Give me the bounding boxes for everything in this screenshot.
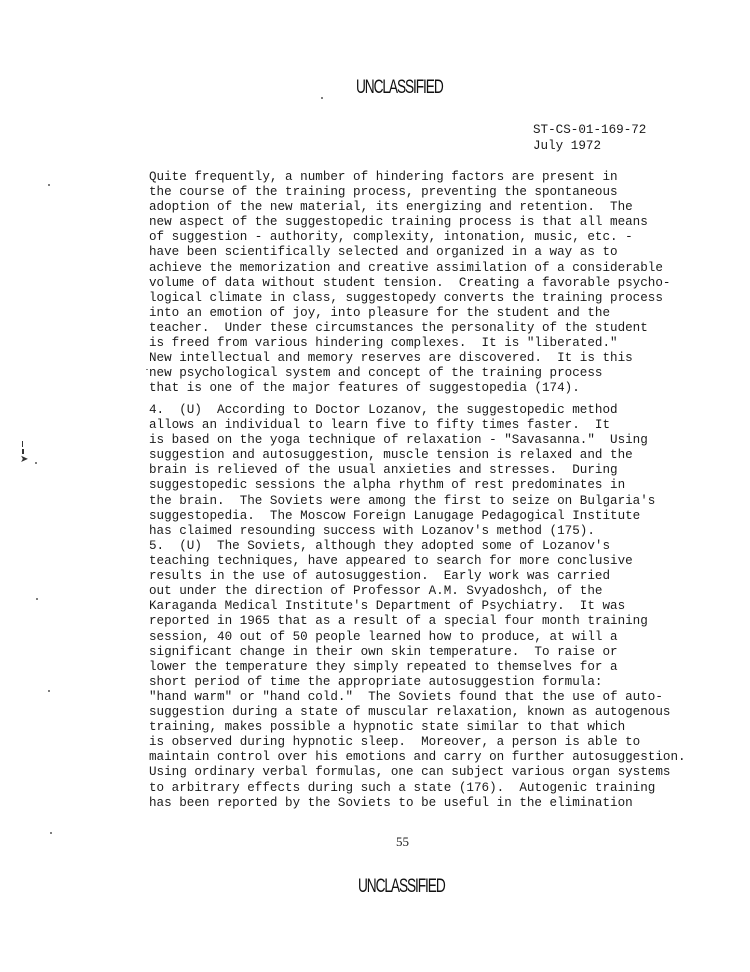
paragraph-4: 4. (U) According to Doctor Lozanov, the …: [149, 403, 709, 539]
text-line: maintain control over his emotions and c…: [149, 750, 709, 765]
text-line: that is one of the major features of sug…: [149, 381, 709, 396]
text-line: have been scientifically selected and or…: [149, 245, 709, 260]
text-line: Karaganda Medical Institute's Department…: [149, 599, 709, 614]
text-line: is observed during hypnotic sleep. Moreo…: [149, 735, 709, 750]
text-line: 5. (U) The Soviets, although they adopte…: [149, 539, 709, 554]
text-line: session, 40 out of 50 people learned how…: [149, 630, 709, 645]
scan-speck: [321, 97, 323, 99]
text-line: results in the use of autosuggestion. Ea…: [149, 569, 709, 584]
text-line: out under the direction of Professor A.M…: [149, 584, 709, 599]
text-line: suggestopedia. The Moscow Foreign Lanuga…: [149, 509, 709, 524]
text-line: teaching techniques, have appeared to se…: [149, 554, 709, 569]
text-line: the brain. The Soviets were among the fi…: [149, 494, 709, 509]
page-number: 55: [396, 834, 409, 850]
text-line: Using ordinary verbal formulas, one can …: [149, 765, 709, 780]
text-line: into an emotion of joy, into pleasure fo…: [149, 306, 709, 321]
text-line: new aspect of the suggestopedic training…: [149, 215, 709, 230]
classification-footer: UNCLASSIFIED: [358, 876, 445, 898]
text-line: lower the temperature they simply repeat…: [149, 660, 709, 675]
text-line: adoption of the new material, its energi…: [149, 200, 709, 215]
text-line: has been reported by the Soviets to be u…: [149, 796, 709, 811]
text-line: is based on the yoga technique of relaxa…: [149, 433, 709, 448]
scan-speck: [146, 369, 148, 370]
text-line: volume of data without student tension. …: [149, 276, 709, 291]
paragraph-intro: Quite frequently, a number of hindering …: [149, 170, 709, 396]
text-line: the course of the training process, prev…: [149, 185, 709, 200]
text-line: training, makes possible a hypnotic stat…: [149, 720, 709, 735]
scan-speck: [22, 441, 23, 447]
text-line: reported in 1965 that as a result of a s…: [149, 614, 709, 629]
document-page: UNCLASSIFIED ST-CS-01-169-72 July 1972 Q…: [0, 0, 750, 972]
text-line: suggestion and autosuggestion, muscle te…: [149, 448, 709, 463]
text-line: of suggestion - authority, complexity, i…: [149, 230, 709, 245]
text-line: has claimed resounding success with Loza…: [149, 524, 709, 539]
text-line: logical climate in class, suggestopedy c…: [149, 291, 709, 306]
text-line: 4. (U) According to Doctor Lozanov, the …: [149, 403, 709, 418]
text-line: brain is relieved of the usual anxieties…: [149, 463, 709, 478]
text-line: significant change in their own skin tem…: [149, 645, 709, 660]
text-line: short period of time the appropriate aut…: [149, 675, 709, 690]
text-line: is freed from various hindering complexe…: [149, 336, 709, 351]
margin-mark: ➤: [20, 454, 28, 465]
text-line: suggestopedic sessions the alpha rhythm …: [149, 478, 709, 493]
text-line: suggestion during a state of muscular re…: [149, 705, 709, 720]
paragraph-5: 5. (U) The Soviets, although they adopte…: [149, 539, 709, 811]
text-line: to arbitrary effects during such a state…: [149, 781, 709, 796]
text-line: New intellectual and memory reserves are…: [149, 351, 709, 366]
document-date: July 1972: [533, 138, 646, 154]
scan-speck: [50, 832, 52, 834]
text-line: teacher. Under these circumstances the p…: [149, 321, 709, 336]
scan-speck: [36, 598, 38, 600]
scan-speck: [48, 184, 50, 186]
text-line: allows an individual to learn five to fi…: [149, 418, 709, 433]
text-line: Quite frequently, a number of hindering …: [149, 170, 709, 185]
scan-speck: [48, 690, 50, 692]
text-line: achieve the memorization and creative as…: [149, 261, 709, 276]
text-line: "hand warm" or "hand cold." The Soviets …: [149, 690, 709, 705]
classification-header: UNCLASSIFIED: [356, 77, 443, 99]
document-number: ST-CS-01-169-72: [533, 122, 646, 138]
scan-speck: [35, 462, 37, 464]
text-line: new psychological system and concept of …: [149, 366, 709, 381]
document-reference: ST-CS-01-169-72 July 1972: [533, 122, 646, 154]
